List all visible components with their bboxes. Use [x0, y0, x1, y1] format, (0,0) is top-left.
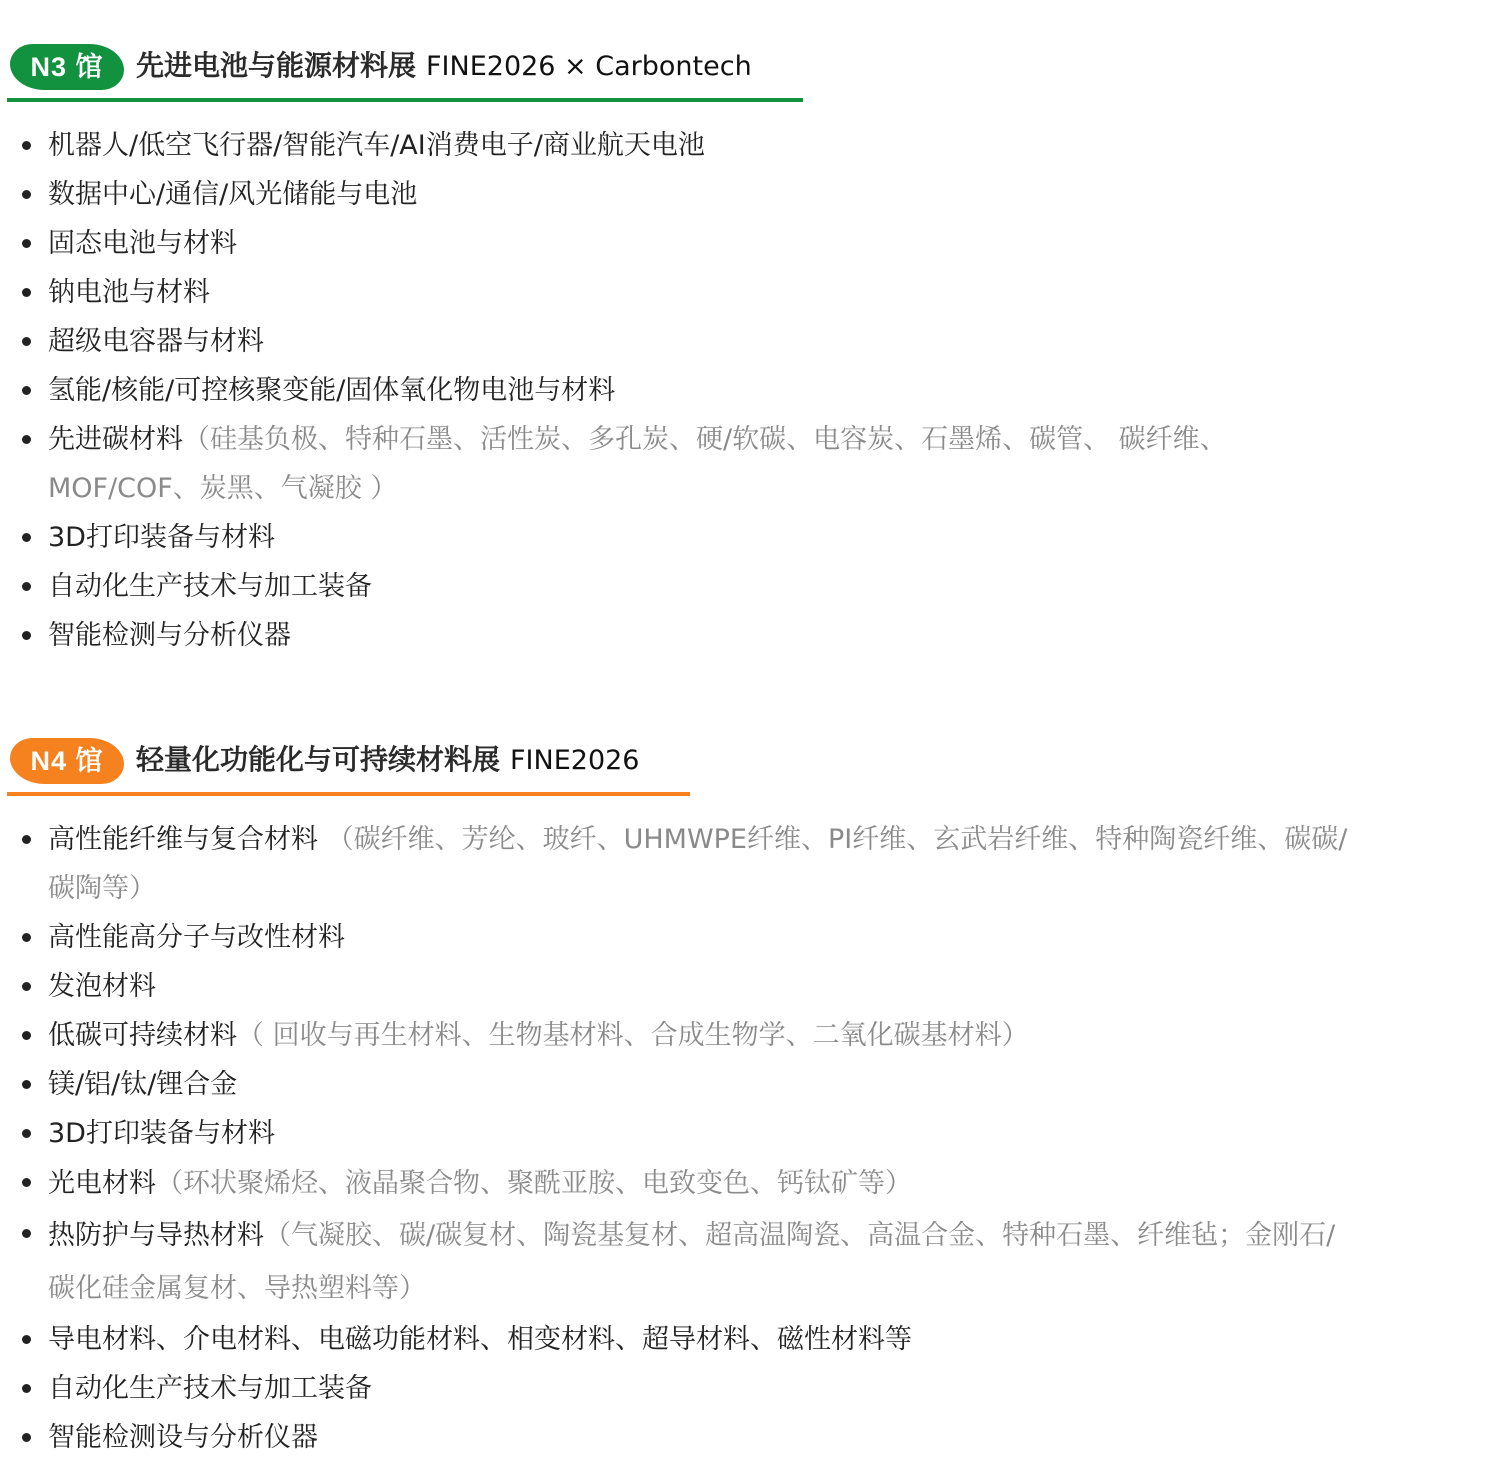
list-item: 导电材料、介电材料、电磁功能材料、相变材料、超导材料、磁性材料等	[0, 1315, 1378, 1364]
list-item: 光电材料（环状聚烯烃、液晶聚合物、聚酰亚胺、电致变色、钙钛矿等）	[0, 1158, 1378, 1209]
list-item: 高性能纤维与复合材料 （碳纤维、芳纶、玻纤、UHMWPE纤维、PI纤维、玄武岩纤…	[0, 815, 1368, 913]
list-item: 低碳可持续材料（ 回收与再生材料、生物基材料、合成生物学、二氧化碳基材料）	[0, 1011, 1378, 1060]
title-en: FINE2026	[510, 745, 639, 776]
section-title: 轻量化功能化与可持续材料展FINE2026	[136, 740, 639, 781]
hall-badge: N3 馆	[10, 44, 124, 90]
list-item: 固态电池与材料	[0, 219, 1378, 268]
hall-n3-header: N3 馆 先进电池与能源材料展FINE2026 × Carbontech	[0, 40, 1486, 100]
hall-n3-section: N3 馆 先进电池与能源材料展FINE2026 × Carbontech 机器人…	[0, 40, 1486, 100]
list-item: 钠电池与材料	[0, 268, 1378, 317]
list-item: 3D打印装备与材料	[0, 1109, 1378, 1158]
item-note: （环状聚烯烃、液晶聚合物、聚酰亚胺、电致变色、钙钛矿等）	[156, 1168, 912, 1199]
list-item: 氢能/核能/可控核聚变能/固体氧化物电池与材料	[0, 366, 1378, 415]
title-en: FINE2026 × Carbontech	[426, 51, 752, 82]
list-item: 先进碳材料（硅基负极、特种石墨、活性炭、多孔炭、硬/软碳、电容炭、石墨烯、碳管、…	[0, 415, 1358, 513]
hall-n4-section: N4 馆 轻量化功能化与可持续材料展FINE2026 高性能纤维与复合材料 （碳…	[0, 734, 1486, 794]
hall-badge: N4 馆	[10, 738, 124, 784]
section-title: 先进电池与能源材料展FINE2026 × Carbontech	[136, 46, 752, 87]
exhibit-list: 机器人/低空飞行器/智能汽车/AI消费电子/商业航天电池 数据中心/通信/风光储…	[0, 121, 1378, 660]
list-item: 自动化生产技术与加工装备	[0, 1364, 1378, 1413]
item-note: （ 回收与再生材料、生物基材料、合成生物学、二氧化碳基材料）	[237, 1020, 1029, 1051]
section-divider	[7, 792, 690, 796]
list-item: 热防护与导热材料（气凝胶、碳/碳复材、陶瓷基复材、超高温陶瓷、高温合金、特种石墨…	[0, 1209, 1358, 1315]
exhibit-list: 高性能纤维与复合材料 （碳纤维、芳纶、玻纤、UHMWPE纤维、PI纤维、玄武岩纤…	[0, 815, 1378, 1462]
list-item: 数据中心/通信/风光储能与电池	[0, 170, 1378, 219]
list-item: 3D打印装备与材料	[0, 513, 1378, 562]
list-item: 智能检测与分析仪器	[0, 611, 1378, 660]
list-item: 高性能高分子与改性材料	[0, 913, 1378, 962]
list-item: 机器人/低空飞行器/智能汽车/AI消费电子/商业航天电池	[0, 121, 1378, 170]
hall-n4-header: N4 馆 轻量化功能化与可持续材料展FINE2026	[0, 734, 1486, 794]
title-cn: 先进电池与能源材料展	[136, 49, 416, 82]
list-item: 超级电容器与材料	[0, 317, 1378, 366]
item-note: （硅基负极、特种石墨、活性炭、多孔炭、硬/软碳、电容炭、石墨烯、碳管、 碳纤维、…	[48, 424, 1227, 504]
list-item: 自动化生产技术与加工装备	[0, 562, 1378, 611]
list-item: 发泡材料	[0, 962, 1378, 1011]
title-cn: 轻量化功能化与可持续材料展	[136, 743, 500, 776]
list-item: 镁/铝/钛/锂合金	[0, 1060, 1378, 1109]
list-item: 智能检测设与分析仪器	[0, 1413, 1378, 1462]
section-divider	[7, 98, 803, 102]
